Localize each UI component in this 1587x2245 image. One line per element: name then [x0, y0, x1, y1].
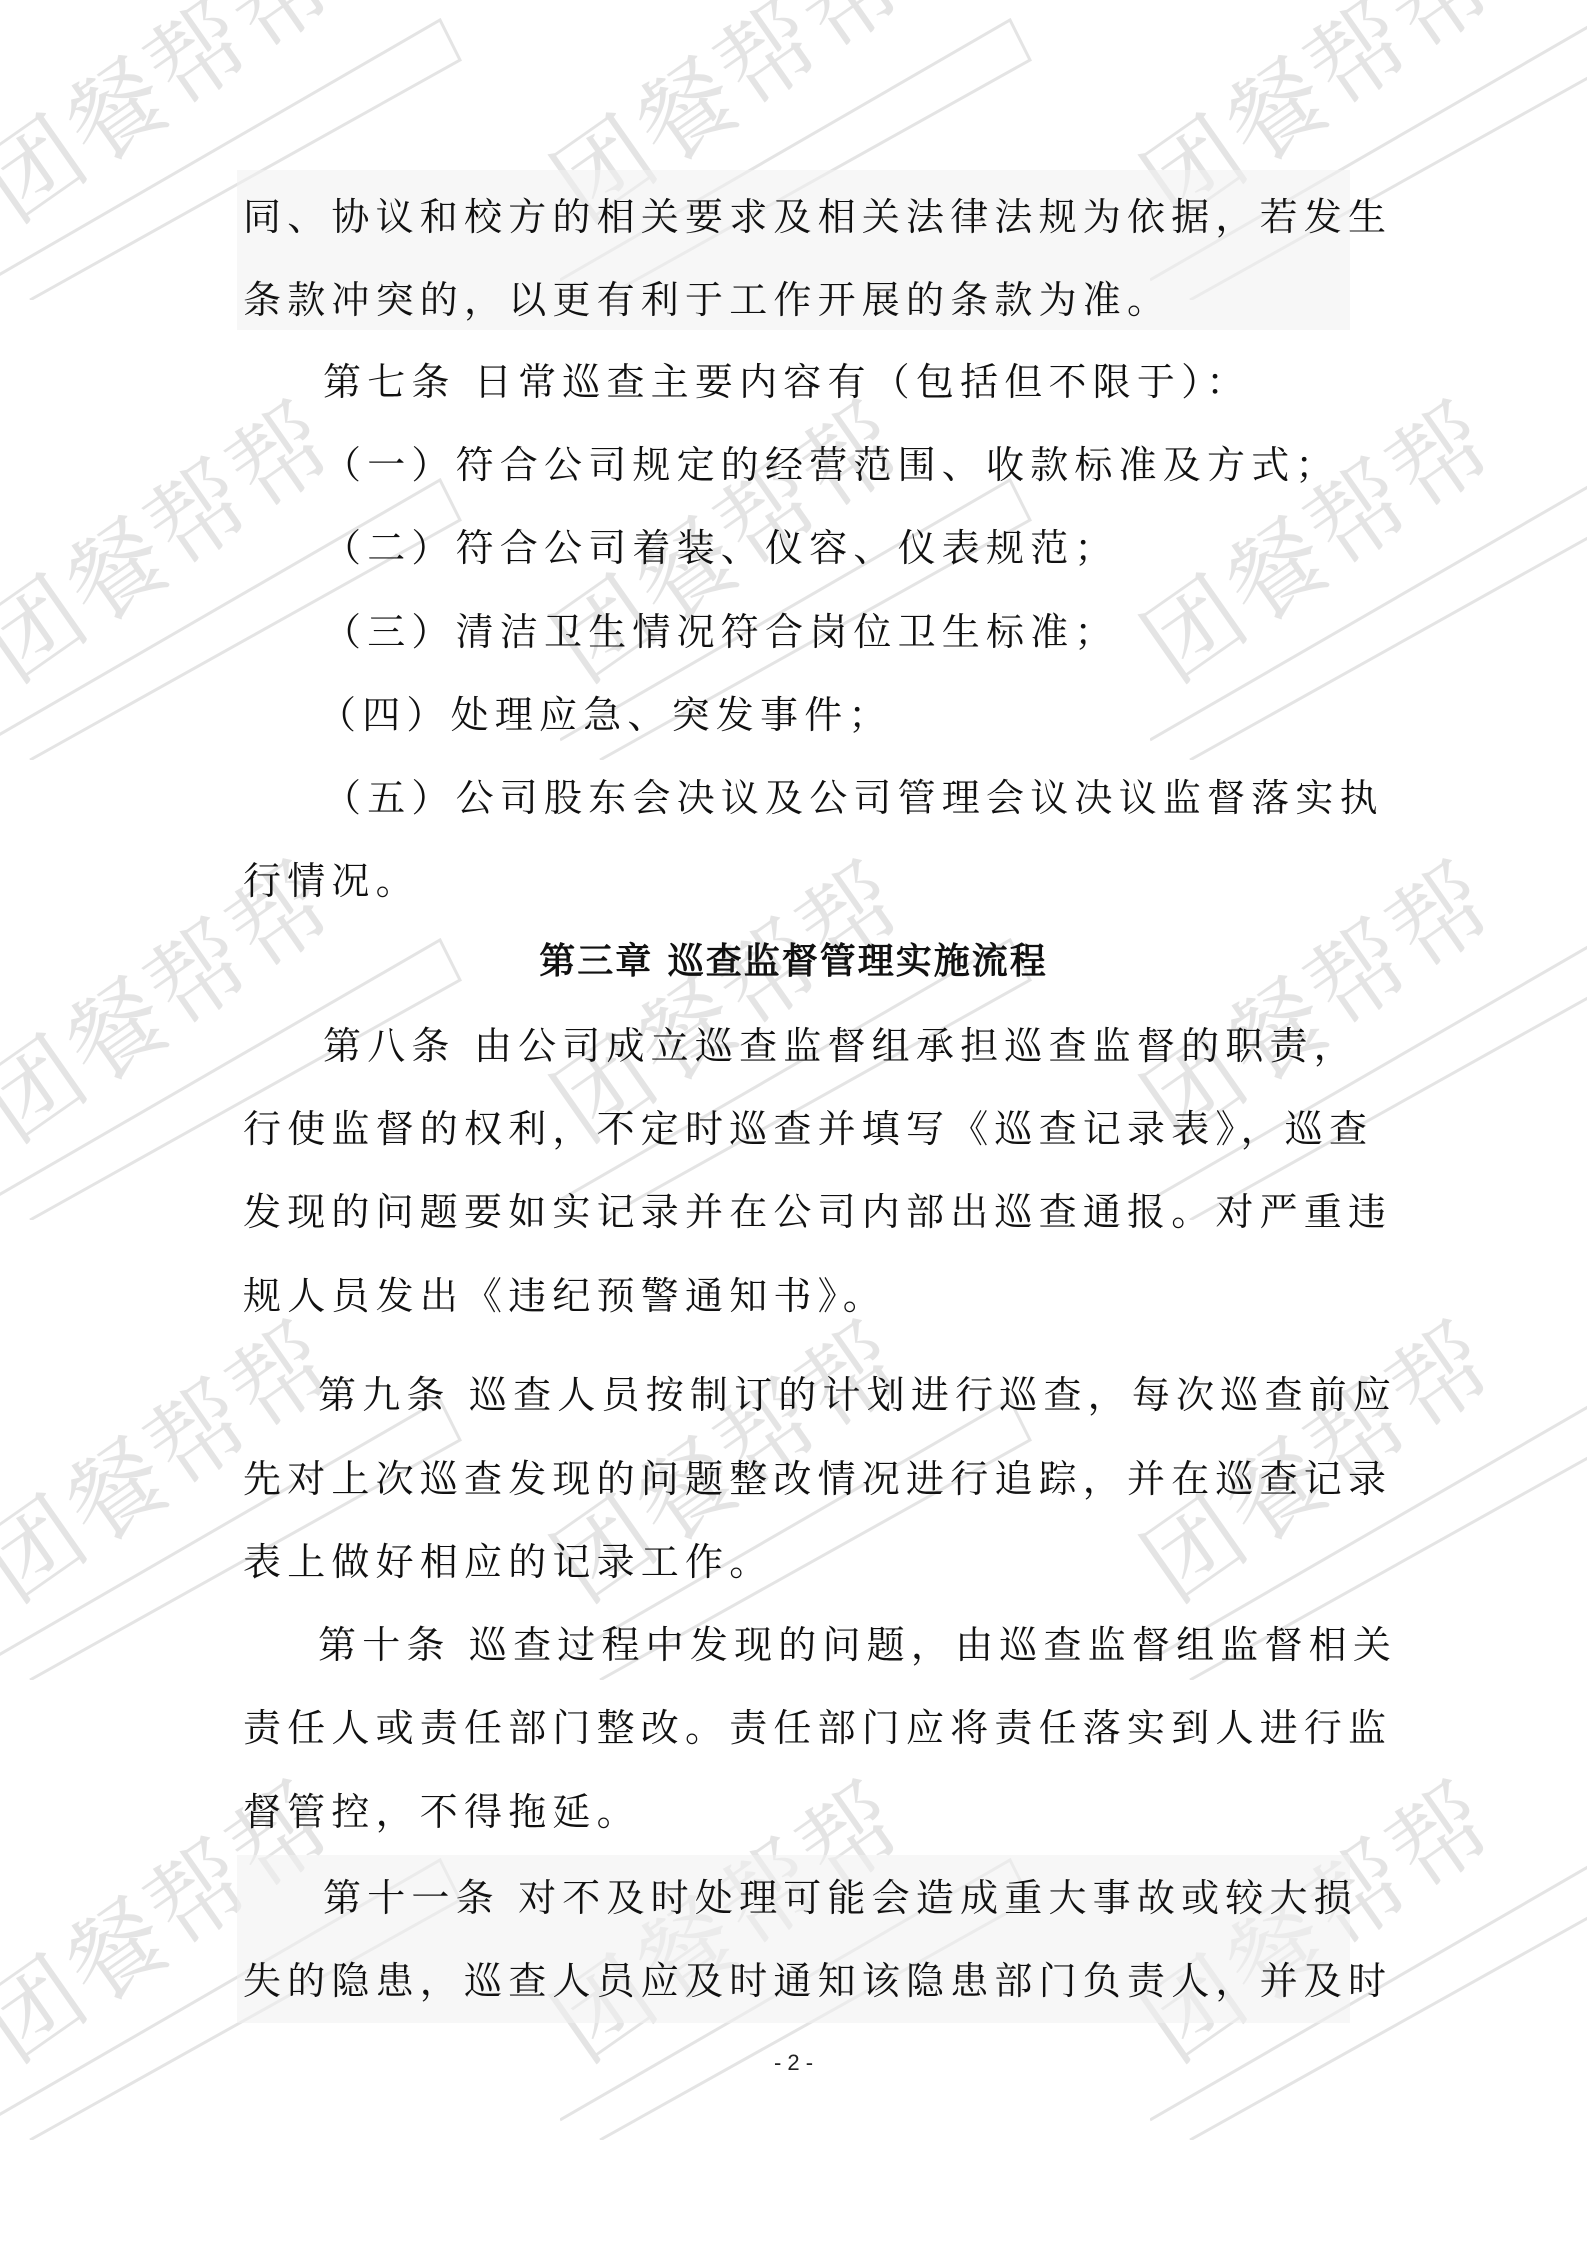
article-10-line: 第十条 巡查过程中发现的问题，由巡查监督组监督相关	[318, 1603, 1397, 1687]
list-item-5-cont: 行情况。	[243, 839, 420, 923]
article-10-line: 督管控，不得拖延。	[243, 1770, 641, 1854]
list-item-5: （五）公司股东会决议及公司管理会议决议监督落实执	[323, 756, 1384, 840]
list-item-3: （三）清洁卫生情况符合岗位卫生标准；	[323, 590, 1119, 674]
chapter-heading: 第三章 巡查监督管理实施流程	[0, 920, 1587, 1004]
article-8-line: 规人员发出《违纪预警通知书》。	[243, 1254, 887, 1338]
article-9-line: 先对上次巡查发现的问题整改情况进行追踪，并在巡查记录	[243, 1437, 1392, 1521]
list-item-2: （二）符合公司着装、仪容、仪表规范；	[323, 506, 1119, 590]
article-9-line: 第九条 巡查人员按制订的计划进行巡查，每次巡查前应	[318, 1353, 1397, 1437]
article-7-line: 第七条 日常巡查主要内容有（包括但不限于）：	[323, 340, 1250, 424]
list-item-4: （四）处理应急、突发事件；	[318, 673, 893, 757]
article-11-line: 失的隐患，巡查人员应及时通知该隐患部门负责人，并及时	[243, 1939, 1392, 2023]
article-8-line: 行使监督的权利，不定时巡查并填写《巡查记录表》，巡查	[243, 1087, 1373, 1171]
article-10-line: 责任人或责任部门整改。责任部门应将责任落实到人进行监	[243, 1686, 1392, 1770]
paragraph-line: 同、协议和校方的相关要求及相关法律法规为依据，若发生	[243, 175, 1392, 259]
paragraph-line: 条款冲突的，以更有利于工作开展的条款为准。	[243, 258, 1171, 342]
list-item-1: （一）符合公司规定的经营范围、收款标准及方式；	[323, 423, 1340, 507]
article-8-line: 发现的问题要如实记录并在公司内部出巡查通报。对严重违	[243, 1170, 1392, 1254]
document-page: 同、协议和校方的相关要求及相关法律法规为依据，若发生 条款冲突的，以更有利于工作…	[0, 0, 1587, 2245]
article-8-line: 第八条 由公司成立巡查监督组承担巡查监督的职责，	[323, 1004, 1358, 1088]
article-11-line: 第十一条 对不及时处理可能会造成重大事故或较大损	[323, 1856, 1358, 1940]
page-number: - 2 -	[0, 2050, 1587, 2076]
article-9-line: 表上做好相应的记录工作。	[243, 1520, 773, 1604]
